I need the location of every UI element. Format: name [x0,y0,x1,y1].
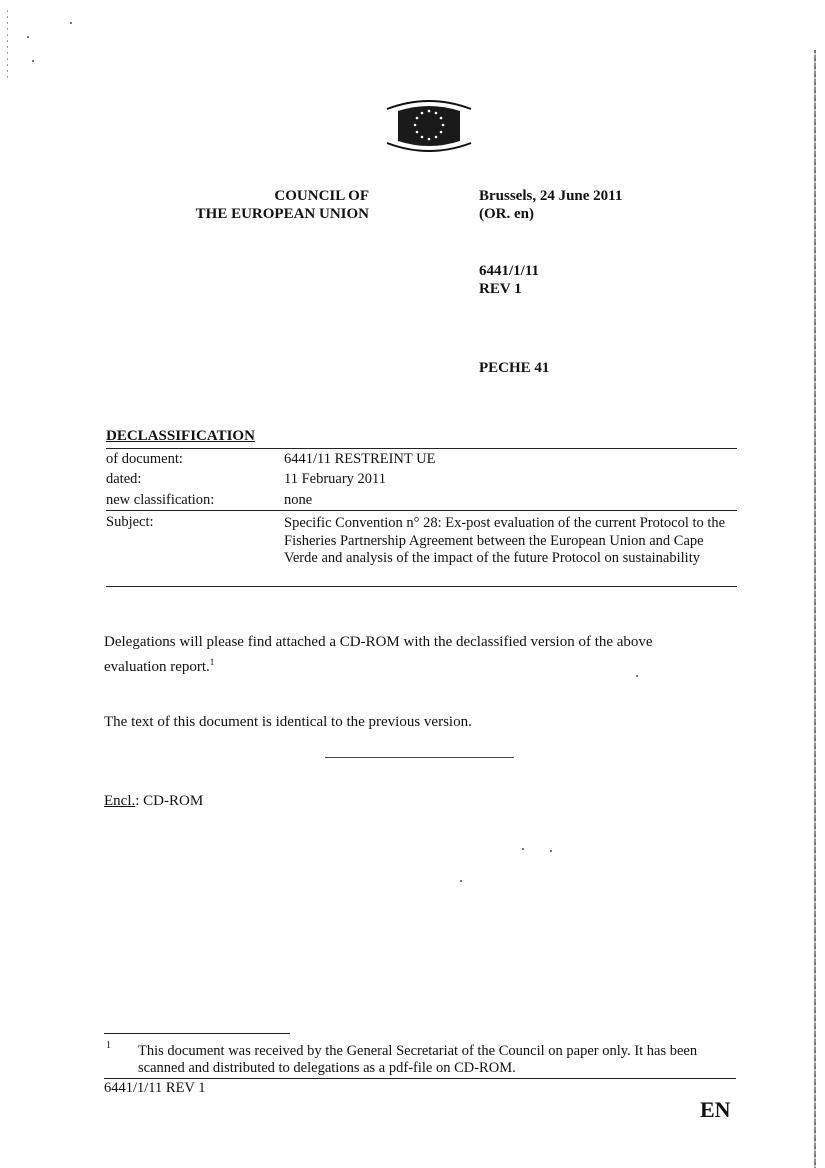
divider [106,510,737,511]
scan-edge-right [814,50,816,1168]
body-paragraph-1-line-1: Delegations will please find attached a … [104,634,653,651]
eu-council-logo-icon [383,97,475,155]
of-document-label: of document: [106,451,183,468]
scan-edge-left [7,10,8,80]
of-document-value: 6441/11 RESTREINT UE [284,451,435,468]
scan-speck [522,848,524,850]
body-paragraph-2: The text of this document is identical t… [104,714,472,731]
scan-speck [27,36,29,38]
scan-speck [32,60,34,62]
new-classification-label: new classification: [106,492,214,509]
enclosure-label: Encl. [104,793,135,809]
body-paragraph-1-line-2: evaluation report.1 [104,657,214,676]
footnote-number: 1 [106,1040,111,1051]
scan-speck [636,675,638,677]
revision-number: REV 1 [479,280,522,298]
enclosure-line: Encl.: CD-ROM [104,793,203,810]
footnote-text: This document was received by the Genera… [138,1043,738,1077]
document-page: COUNCIL OF THE EUROPEAN UNION Brussels, … [0,0,825,1168]
subject-code: PECHE 41 [479,359,549,377]
scan-speck [460,880,462,882]
dated-value: 11 February 2011 [284,471,386,488]
institution-name: COUNCIL OF THE EUROPEAN UNION [180,187,369,223]
footer-rule [104,1078,736,1079]
enclosure-value: : CD-ROM [135,793,203,809]
body-paragraph-1-text: evaluation report. [104,659,210,675]
footnote-reference[interactable]: 1 [210,657,215,667]
section-separator [325,757,514,758]
scan-speck [550,850,552,852]
scan-speck [70,22,72,24]
language-code: EN [700,1097,731,1123]
dated-label: dated: [106,471,141,488]
footer-document-reference: 6441/1/11 REV 1 [104,1080,206,1097]
place-date: Brussels, 24 June 2011 [479,187,622,205]
divider [106,586,737,587]
new-classification-value: none [284,492,312,509]
divider [106,448,737,449]
subject-label: Subject: [106,514,154,531]
footnote-separator [104,1033,290,1034]
subject-text: Specific Convention n° 28: Ex-post evalu… [284,515,734,568]
institution-line-1: COUNCIL OF [180,187,369,205]
document-number: 6441/1/11 [479,262,539,280]
original-language: (OR. en) [479,205,534,223]
declassification-title: DECLASSIFICATION [106,428,255,445]
institution-line-2: THE EUROPEAN UNION [180,205,369,223]
